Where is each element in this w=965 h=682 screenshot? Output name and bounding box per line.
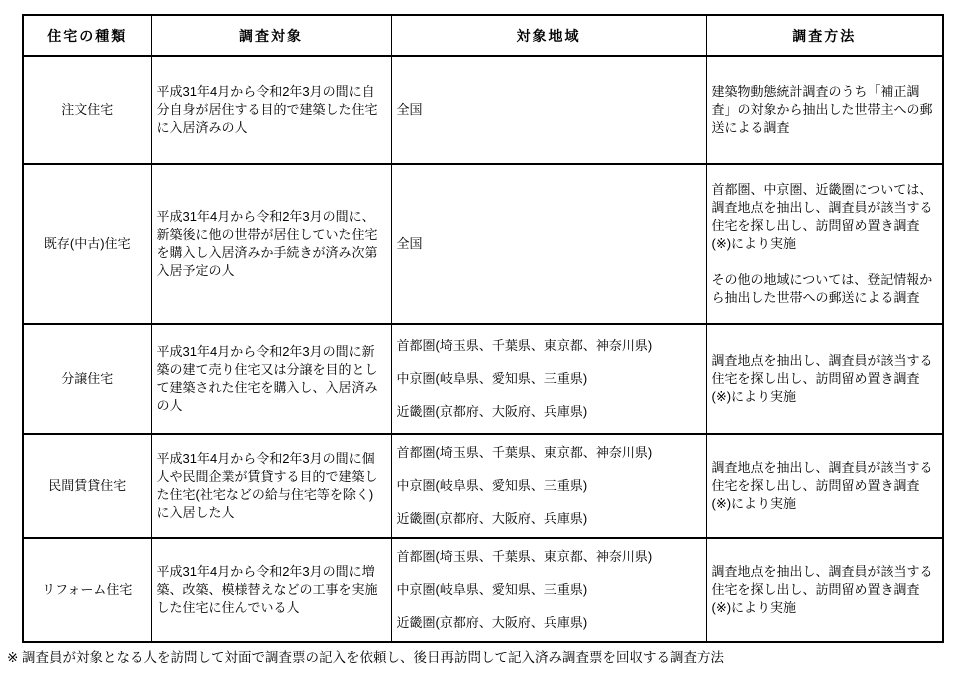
method-paragraph: 調査地点を抽出し、調査員が該当する住宅を探し出し、訪問留め置き調査(※)により実… — [712, 459, 938, 513]
method-paragraph: 調査地点を抽出し、調査員が該当する住宅を探し出し、訪問留め置き調査(※)により実… — [712, 563, 938, 617]
survey-method-cell: 首都圏、中京圏、近畿圏については、調査地点を抽出し、調査員が該当する住宅を探し出… — [706, 164, 943, 324]
area-line: 全国 — [397, 235, 701, 253]
col-header-survey-method: 調査方法 — [706, 15, 943, 56]
target-area-cell: 首都圏(埼玉県、千葉県、東京都、神奈川県) 中京圏(岐阜県、愛知県、三重県) 近… — [391, 324, 706, 434]
housing-type-cell: 既存(中古)住宅 — [23, 164, 151, 324]
target-area-cell: 首都圏(埼玉県、千葉県、東京都、神奈川県) 中京圏(岐阜県、愛知県、三重県) 近… — [391, 538, 706, 642]
table-row-private-rental: 民間賃貸住宅 平成31年4月から令和2年3月の間に個人や民間企業が賃貸する目的で… — [23, 434, 943, 538]
survey-target-cell: 平成31年4月から令和2年3月の間に増築、改築、模様替えなどの工事を実施した住宅… — [151, 538, 391, 642]
housing-type-cell: 分譲住宅 — [23, 324, 151, 434]
area-line: 中京圏(岐阜県、愛知県、三重県) — [397, 477, 701, 495]
table-row-custom-built: 注文住宅 平成31年4月から令和2年3月の間に自分自身が居住する目的で建築した住… — [23, 56, 943, 164]
table-row-built-for-sale: 分譲住宅 平成31年4月から令和2年3月の間に新築の建て売り住宅又は分譲を目的と… — [23, 324, 943, 434]
area-line: 中京圏(岐阜県、愛知県、三重県) — [397, 581, 701, 599]
col-header-target-area: 対象地域 — [391, 15, 706, 56]
survey-method-cell: 建築物動態統計調査のうち「補正調査」の対象から抽出した世帯主への郵送による調査 — [706, 56, 943, 164]
area-line: 首都圏(埼玉県、千葉県、東京都、神奈川県) — [397, 444, 701, 462]
header-row: 住宅の種類 調査対象 対象地域 調査方法 — [23, 15, 943, 56]
survey-method-cell: 調査地点を抽出し、調査員が該当する住宅を探し出し、訪問留め置き調査(※)により実… — [706, 538, 943, 642]
target-area-cell: 全国 — [391, 164, 706, 324]
survey-method-cell: 調査地点を抽出し、調査員が該当する住宅を探し出し、訪問留め置き調査(※)により実… — [706, 434, 943, 538]
survey-target-cell: 平成31年4月から令和2年3月の間に新築の建て売り住宅又は分譲を目的として建築さ… — [151, 324, 391, 434]
method-paragraph: その他の地域については、登記情報から抽出した世帯への郵送による調査 — [712, 271, 938, 307]
survey-target-cell: 平成31年4月から令和2年3月の間に個人や民間企業が賃貸する目的で建築した住宅(… — [151, 434, 391, 538]
housing-type-cell: リフォーム住宅 — [23, 538, 151, 642]
area-line: 首都圏(埼玉県、千葉県、東京都、神奈川県) — [397, 337, 701, 355]
method-paragraph: 調査地点を抽出し、調査員が該当する住宅を探し出し、訪問留め置き調査(※)により実… — [712, 352, 938, 406]
survey-target-cell: 平成31年4月から令和2年3月の間に自分自身が居住する目的で建築した住宅に入居済… — [151, 56, 391, 164]
area-line: 全国 — [397, 101, 701, 119]
housing-type-cell: 民間賃貸住宅 — [23, 434, 151, 538]
survey-target-cell: 平成31年4月から令和2年3月の間に、新築後に他の世帯が居住していた住宅を購入し… — [151, 164, 391, 324]
area-line: 中京圏(岐阜県、愛知県、三重県) — [397, 370, 701, 388]
area-line: 近畿圏(京都府、大阪府、兵庫県) — [397, 403, 701, 421]
target-area-cell: 首都圏(埼玉県、千葉県、東京都、神奈川県) 中京圏(岐阜県、愛知県、三重県) 近… — [391, 434, 706, 538]
area-line: 近畿圏(京都府、大阪府、兵庫県) — [397, 614, 701, 632]
target-area-cell: 全国 — [391, 56, 706, 164]
table-row-renovated: リフォーム住宅 平成31年4月から令和2年3月の間に増築、改築、模様替えなどの工… — [23, 538, 943, 642]
housing-type-cell: 注文住宅 — [23, 56, 151, 164]
survey-method-cell: 調査地点を抽出し、調査員が該当する住宅を探し出し、訪問留め置き調査(※)により実… — [706, 324, 943, 434]
footnote: ※ 調査員が対象となる人を訪問して対面で調査票の記入を依頼し、後日再訪問して記入… — [7, 649, 724, 667]
method-paragraph: 建築物動態統計調査のうち「補正調査」の対象から抽出した世帯主への郵送による調査 — [712, 83, 938, 137]
area-line: 近畿圏(京都府、大阪府、兵庫県) — [397, 510, 701, 528]
area-line: 首都圏(埼玉県、千葉県、東京都、神奈川県) — [397, 548, 701, 566]
housing-survey-table: 住宅の種類 調査対象 対象地域 調査方法 注文住宅 平成31年4月から令和2年3… — [22, 14, 944, 643]
housing-survey-document: 住宅の種類 調査対象 対象地域 調査方法 注文住宅 平成31年4月から令和2年3… — [0, 0, 965, 682]
col-header-housing-type: 住宅の種類 — [23, 15, 151, 56]
method-paragraph: 首都圏、中京圏、近畿圏については、調査地点を抽出し、調査員が該当する住宅を探し出… — [712, 181, 938, 253]
table-row-existing-used: 既存(中古)住宅 平成31年4月から令和2年3月の間に、新築後に他の世帯が居住し… — [23, 164, 943, 324]
col-header-survey-target: 調査対象 — [151, 15, 391, 56]
